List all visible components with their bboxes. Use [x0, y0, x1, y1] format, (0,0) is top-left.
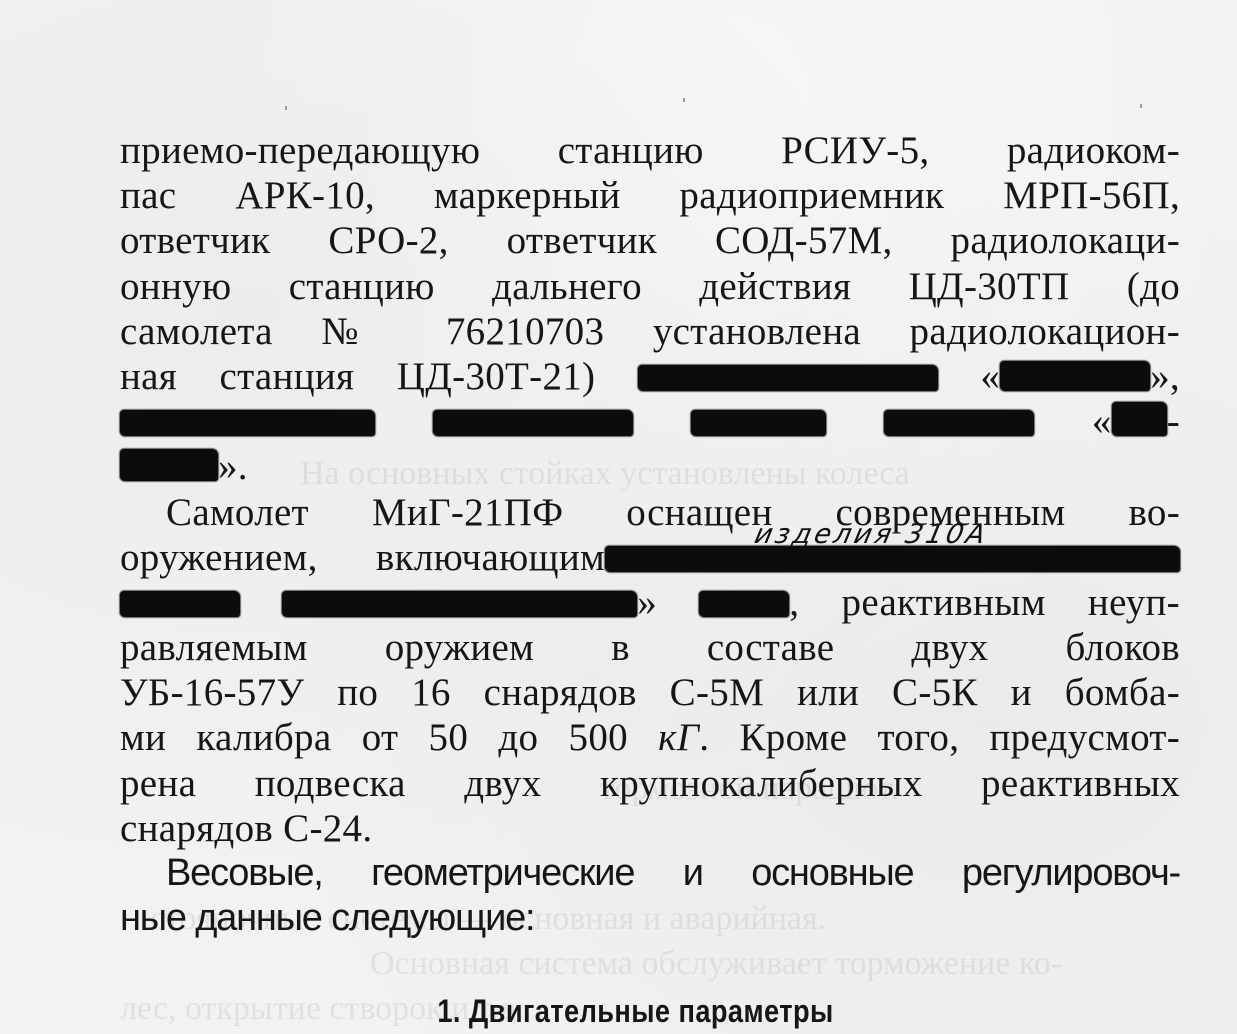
text-line: ответчик СРО-2, ответчик СОД-57М, радиол…: [120, 218, 1180, 263]
line-tail: ».: [218, 445, 248, 488]
text-line: » , реактивным неуп-: [120, 580, 1180, 625]
bleed-through-text: Основная система обслуживает торможение …: [370, 945, 1062, 983]
scan-speck: [285, 106, 287, 110]
document-body: приемо-передающую станцию РСИУ-5, радиок…: [120, 128, 1180, 941]
text-line: онную станцию дальнего действия ЦД-30ТП …: [120, 264, 1180, 309]
text-line: Весовые, геометрические и основные регул…: [120, 851, 1180, 896]
paragraph-equipment: приемо-передающую станцию РСИУ-5, радиок…: [120, 128, 1180, 490]
redaction-bar: [282, 591, 637, 617]
quote-open: «: [980, 355, 1000, 398]
text-line: приемо-передающую станцию РСИУ-5, радиок…: [120, 128, 1180, 173]
paragraph-data-intro: Весовые, геометрические и основные регул…: [120, 851, 1180, 941]
quote-open: «: [1092, 400, 1112, 443]
line-text: , реактивным неуп-: [789, 581, 1180, 624]
redaction-bar: [691, 410, 826, 436]
text-line: Самолет МиГ-21ПФ оснащен современным во-: [120, 490, 1180, 535]
text-line: «-: [120, 399, 1180, 444]
redaction-bar: [1112, 402, 1167, 436]
redaction-bar: [120, 410, 375, 436]
text-line: равляемым оружием в составе двух блоков: [120, 625, 1180, 670]
scan-speck: [1140, 104, 1142, 108]
quote-close: »: [637, 581, 657, 624]
redaction-bar: [120, 449, 218, 481]
text-line: оружением, включающим: [120, 535, 1180, 580]
quote-close: »,: [1150, 355, 1180, 398]
text-line: УБ-16-57У по 16 снарядов С-5М или С-5К и…: [120, 670, 1180, 715]
text-line: рена подвеска двух крупнокалиберных реак…: [120, 761, 1180, 806]
redaction-bar: [1000, 361, 1150, 391]
scan-speck: [683, 98, 685, 102]
line-text: ная станция ЦД-30Т-21): [120, 355, 595, 398]
text-line: ».: [120, 444, 1180, 489]
line-tail: -: [1167, 400, 1180, 443]
line-text: ми калибра от 50 до 500: [120, 716, 658, 759]
text-line: самолета № 76210703 установлена радиолок…: [120, 309, 1180, 354]
paragraph-armament: Самолет МиГ-21ПФ оснащен современным во-…: [120, 490, 1180, 852]
redaction-bar: [884, 410, 1034, 436]
redaction-bar: [120, 591, 240, 617]
text-line: снарядов С-24.: [120, 806, 1180, 851]
line-text: оружением, включающим: [120, 536, 605, 579]
redaction-bar: [638, 365, 938, 391]
redaction-bar: [433, 410, 633, 436]
line-text: . Кроме того, предусмот-: [699, 716, 1180, 759]
text-line: ные данные следующие:: [120, 896, 1180, 941]
section-heading: 1. Двигательные параметры: [93, 993, 1144, 1030]
text-line: ми калибра от 50 до 500 кГ. Кроме того, …: [120, 715, 1180, 760]
unit-label: кГ: [658, 716, 699, 759]
handwritten-annotation: изделия 310А: [752, 519, 991, 550]
text-line: ная станция ЦД-30Т-21) «»,: [120, 354, 1180, 399]
redaction-bar: [699, 591, 789, 617]
text-line: пас АРК-10, маркерный радиоприемник МРП-…: [120, 173, 1180, 218]
